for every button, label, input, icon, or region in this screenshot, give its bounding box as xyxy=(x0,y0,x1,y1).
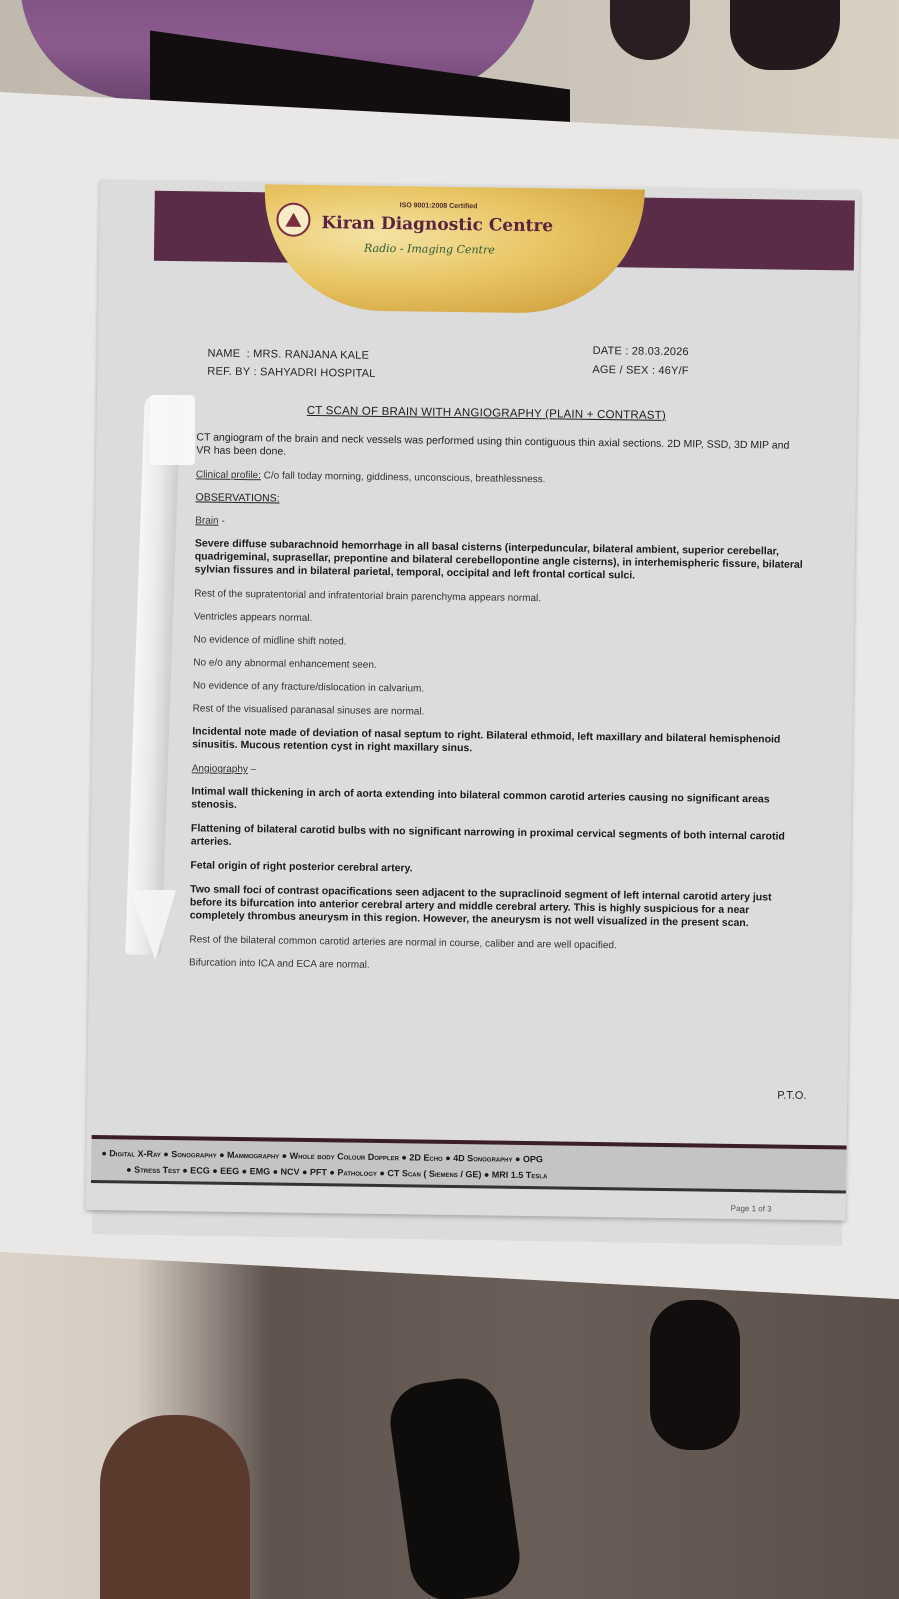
name-label: NAME xyxy=(208,348,241,360)
pen-cap xyxy=(150,395,195,465)
centre-name: Kiran Diagnostic Centre xyxy=(321,213,553,236)
observations-heading: OBSERVATIONS: xyxy=(195,491,805,513)
brain-finding: No evidence of midline shift noted. xyxy=(193,633,803,655)
angiography-finding: Intimal wall thickening in arch of aorta… xyxy=(191,785,801,820)
clinical-profile-label: Clinical profile: xyxy=(196,469,261,481)
age-sex: AGE / SEX : 46Y/F xyxy=(592,364,688,377)
brain-finding: Ventricles appears normal. xyxy=(194,610,804,632)
report-body: CT angiogram of the brain and neck vesse… xyxy=(189,431,807,987)
clinical-profile-text: C/o fall today morning, giddiness, uncon… xyxy=(261,470,546,485)
angiography-label: Angiography xyxy=(192,763,248,775)
brain-finding: No evidence of any fracture/dislocation … xyxy=(193,679,803,701)
brain-finding: No e/o any abnormal enhancement seen. xyxy=(193,656,803,678)
ref-value: : SAHYADRI HOSPITAL xyxy=(253,366,375,380)
centre-tagline: Radio - Imaging Centre xyxy=(364,242,495,257)
name-value: : MRS. RANJANA KALE xyxy=(247,348,370,362)
brain-finding: Rest of the supratentorial and infratent… xyxy=(194,587,804,609)
ref-label: REF. BY xyxy=(207,366,250,379)
brain-finding: Incidental note made of deviation of nas… xyxy=(192,725,802,760)
angiography-finding: Bifurcation into ICA and ECA are normal. xyxy=(189,956,799,978)
report-date: DATE : 28.03.2026 xyxy=(593,345,689,358)
angiography-finding: Flattening of bilateral carotid bulbs wi… xyxy=(191,822,801,857)
referred-by: REF. BY : SAHYADRI HOSPITAL xyxy=(207,366,375,380)
clinical-profile: Clinical profile: C/o fall today morning… xyxy=(196,468,806,490)
brain-label: Brain xyxy=(195,515,219,526)
services-footer: ● Digital X-Ray ● Sonography ● Mammograp… xyxy=(91,1135,847,1194)
pto-note: P.T.O. xyxy=(777,1090,806,1102)
angiography-finding: Fetal origin of right posterior cerebral… xyxy=(190,859,800,881)
intro-text: CT angiogram of the brain and neck vesse… xyxy=(196,431,806,466)
report-title: CT SCAN OF BRAIN WITH ANGIOGRAPHY (PLAIN… xyxy=(307,405,666,422)
angiography-finding: Rest of the bilateral common carotid art… xyxy=(189,933,799,955)
hand xyxy=(100,1415,250,1599)
page-number: Page 1 of 3 xyxy=(731,1204,772,1214)
report-page: ISO 9001:2008 Certified Kiran Diagnostic… xyxy=(86,180,860,1221)
iso-certification: ISO 9001:2008 Certified xyxy=(400,202,478,210)
brain-finding: Rest of the visualised paranasal sinuses… xyxy=(193,702,803,724)
angiography-finding: Two small foci of contrast opacification… xyxy=(190,883,800,931)
brain-finding: Severe diffuse subarachnoid hemorrhage i… xyxy=(194,537,804,585)
brain-heading: Brain - xyxy=(195,514,805,536)
person-leg xyxy=(650,1300,740,1450)
angiography-heading: Angiography – xyxy=(192,762,802,784)
patient-name: NAME : MRS. RANJANA KALE xyxy=(208,348,370,362)
